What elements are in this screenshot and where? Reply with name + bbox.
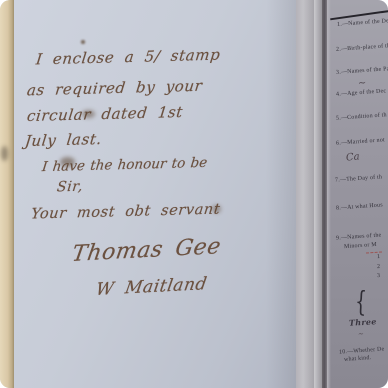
brace-mark: { [354, 287, 367, 316]
form-sub-number-1: 1 [377, 254, 381, 260]
letter-line-4: July last. [24, 130, 103, 150]
ink-smudge [82, 110, 95, 118]
book-page-edge [0, 0, 14, 388]
ink-smudge [1, 146, 8, 161]
handwritten-mark: ~ [358, 330, 364, 338]
letter-line-sir: Sir, [56, 179, 84, 196]
page-curl [314, 0, 322, 388]
ink-smudge [60, 157, 75, 167]
form-sub-number-3: 3 [377, 273, 381, 279]
ink-dot [81, 40, 85, 44]
ink-smudge [212, 205, 221, 213]
gutter-shadow [266, 0, 300, 388]
form-handwritten-answer: Three [349, 316, 377, 327]
form-sub-number-2: 2 [377, 264, 381, 270]
handwritten-mark: Ca [346, 151, 361, 163]
document-photo: I enclose a 5/ stamp as required by your… [0, 0, 388, 388]
page-edge-highlight [327, 0, 331, 388]
handwritten-mark: ~ [357, 78, 366, 90]
page-curl [296, 0, 314, 388]
